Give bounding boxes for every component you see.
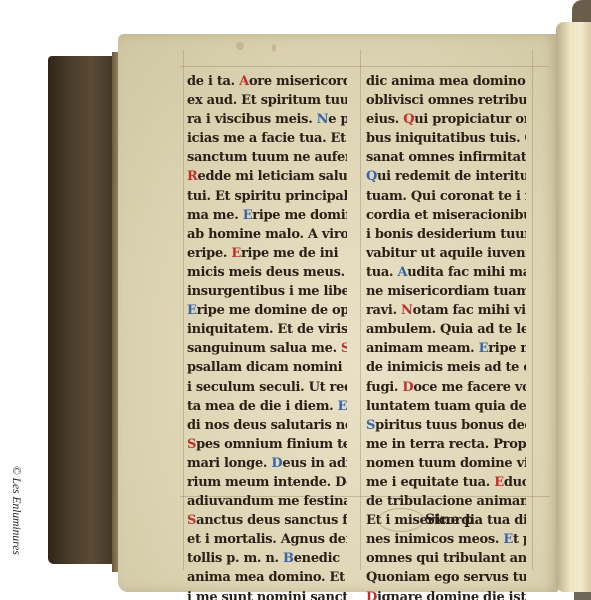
decorated-initial: E (338, 399, 347, 414)
decorated-initial: D (402, 380, 413, 395)
parchment-stain (236, 42, 244, 50)
manuscript-line: sanctum tuum ne auferas a me. (187, 148, 347, 167)
manuscript-line: psallam dicam nomini tuo de (187, 358, 347, 377)
manuscript-line: oblivisci omnes retribuciones (366, 91, 526, 110)
manuscript-line: dic anima mea domino. Et noli (366, 72, 526, 91)
manuscript-line: sanguinum salua me. Sic (187, 339, 347, 358)
credit-text: © Les Enluminures (10, 466, 22, 586)
decorated-initial: A (397, 265, 407, 280)
decorated-initial: Q (403, 112, 414, 127)
manuscript-line: luntatem tuam quia deus meus es tu. (366, 397, 526, 416)
manuscript-line: ravi. Notam fac mihi viam i qua (366, 301, 526, 320)
manuscript-line: anima mea domino. Et omnia que (187, 568, 347, 587)
ruling-line-right (532, 50, 533, 570)
manuscript-line: Sanctus deus sanctus fortis sanct (187, 511, 347, 530)
ruling-line-top (180, 66, 550, 67)
catchword: Sine p. (425, 512, 479, 528)
catchword-flourish (378, 508, 424, 532)
text-column-left: de i ta. Aore misericordia tua meex aud.… (187, 72, 347, 600)
decorated-initial: E (494, 475, 504, 490)
manuscript-line: fugi. Doce me facere vo (366, 378, 526, 397)
decorated-initial: S (187, 513, 196, 528)
manuscript-line: ambulem. Quia ad te levavi (366, 320, 526, 339)
ruling-line-center (360, 50, 361, 570)
decorated-initial: A (239, 74, 249, 89)
manuscript-line: tollis p. m. n. Benedic (187, 549, 347, 568)
manuscript-line: i me sunt nomini sancto eius. B (187, 588, 347, 600)
decorated-initial: S (341, 341, 347, 356)
manuscript-line: animam meam. Eripe me do (366, 339, 526, 358)
manuscript-line: iniquitatem. Et de viris (187, 320, 347, 339)
decorated-initial: B (283, 551, 294, 566)
manuscript-line: Qui redemit de interitu vitam (366, 167, 526, 186)
decorated-initial: S (187, 437, 196, 452)
manuscript-line: eius. Qui propiciatur omni (366, 110, 526, 129)
manuscript-line: icias me a facie tua. Et sp (187, 129, 347, 148)
manuscript-line: tuam. Qui coronat te i miseri (366, 187, 526, 206)
manuscript-line: rium meum intende. Domine ad (187, 473, 347, 492)
decorated-initial: E (243, 208, 253, 223)
manuscript-line: Eripe me domine de operantibus (187, 301, 347, 320)
manuscript-line: sanat omnes infirmitates tuas. (366, 148, 526, 167)
manuscript-line: mari longe. Deus in adiuto (187, 454, 347, 473)
manuscript-line: nes inimicos meos. Et perdes (366, 530, 526, 549)
manuscript-line: tua. Audita fac mihi ma (366, 263, 526, 282)
manuscript-line: de inimicis meis ad te co (366, 358, 526, 377)
decorated-initial: D (271, 456, 282, 471)
decorated-initial: R (187, 169, 198, 184)
photo-credit: © Les Enluminures (4, 470, 24, 590)
manuscript-line: micis meis deus meus. Et ab (187, 263, 347, 282)
manuscript-line: ta mea de die i diem. Exau (187, 397, 347, 416)
manuscript-line: omnes qui tribulant animam meam. (366, 549, 526, 568)
decorated-initial: E (231, 246, 241, 261)
manuscript-line: ne misericordiam tuam. Quia i te spe (366, 282, 526, 301)
manuscript-line: me in terra recta. Propter (366, 435, 526, 454)
decorated-initial: N (401, 303, 413, 318)
manuscript-line: vabitur ut aquile iuventus (366, 244, 526, 263)
manuscript-line: Spiritus tuus bonus deducet (366, 416, 526, 435)
decorated-initial: E (479, 341, 489, 356)
manuscript-line: Redde mi leticiam salutaris (187, 167, 347, 186)
ruling-line-left (183, 50, 184, 570)
manuscript-line: eripe. Eripe me de ini (187, 244, 347, 263)
manuscript-line: de i ta. Aore misericordia tua me (187, 72, 347, 91)
manuscript-line: di nos deus salutaris noster. (187, 416, 347, 435)
manuscript-line: ab homine malo. A viro iniq (187, 225, 347, 244)
manuscript-line: Quoniam ego servus tuus sum. (366, 568, 526, 587)
book-binding-cover (48, 56, 120, 564)
facing-page-edge (556, 22, 591, 592)
decorated-initial: D (366, 590, 377, 600)
decorated-initial: S (366, 418, 375, 433)
manuscript-line: tui. Et spiritu principali conf (187, 187, 347, 206)
manuscript-line: ex aud. Et spiritum tuum in nova (187, 91, 347, 110)
manuscript-line: ma me. Eripe me domine (187, 206, 347, 225)
manuscript-line: insurgentibus i me libera me. (187, 282, 347, 301)
manuscript-line: et i mortalis. Agnus dei (187, 530, 347, 549)
manuscript-line: Dignare domine die isto. (366, 588, 526, 600)
manuscript-line: i bonis desiderium tuum. Reno (366, 225, 526, 244)
manuscript-line: me i equitate tua. Educes (366, 473, 526, 492)
manuscript-line: Spes omnium finium terre in (187, 435, 347, 454)
decorated-initial: Q (366, 169, 377, 184)
decorated-initial: E (187, 303, 197, 318)
manuscript-line: ra i viscibus meis. Ne pro (187, 110, 347, 129)
manuscript-line: cordia et miseracionibus. Qui replet (366, 206, 526, 225)
manuscript-line: adiuvandum me festina. (187, 492, 347, 511)
manuscript-line: nomen tuum domine vivificabis (366, 454, 526, 473)
manuscript-line: i seculum seculi. Ut reddam uo (187, 378, 347, 397)
parchment-stain (272, 44, 276, 52)
decorated-initial: E (503, 532, 513, 547)
manuscript-line: bus iniquitatibus tuis. Qui (366, 129, 526, 148)
decorated-initial: N (317, 112, 329, 127)
